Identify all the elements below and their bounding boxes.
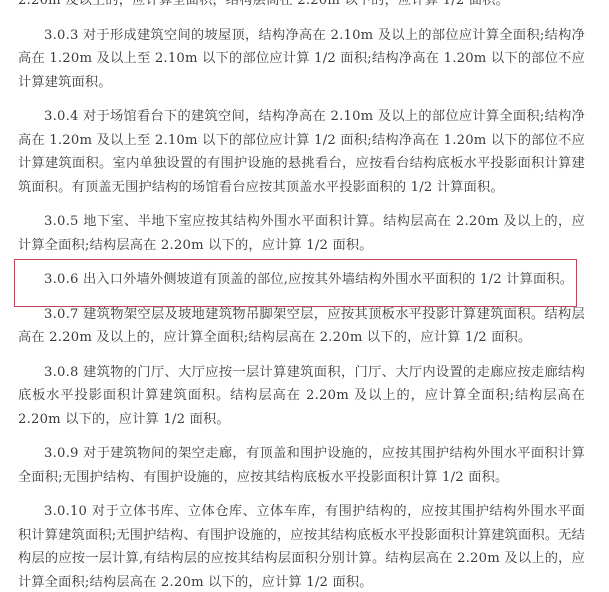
paragraph-3-0-3: 3.0.3 对于形成建筑空间的坡屋顶，结构净高在 2.10m 及以上的部位应计算… [0,24,609,95]
paragraph-3-0-9: 3.0.9 对于建筑物间的架空走廊，有顶盖和围护设施的，应按其围护结构外围水平面… [0,442,609,489]
paragraph-3-0-10: 3.0.10 对于立体书库、立体仓库、立体车库，有围护结构的，应按其围护结构外围… [0,500,609,592]
document-page: 2.20m 及以上的，应计算全面积，结构层高在 2.20m 以下的，应计算 1/… [0,0,609,592]
paragraph-3-0-8: 3.0.8 建筑物的门厅、大厅应按一层计算建筑面积，门厅、大厅内设置的走廊应按走… [0,361,609,432]
paragraph-3-0-7: 3.0.7 建筑物架空层及坡地建筑物吊脚架空层，应按其顶板水平投影计算建筑面积。… [0,303,609,350]
paragraph-3-0-2-tail: 2.20m 及以上的，应计算全面积，结构层高在 2.20m 以下的，应计算 1/… [0,0,609,13]
paragraph-3-0-5: 3.0.5 地下室、半地下室应按其结构外围水平面积计算。结构层高在 2.20m … [0,210,609,257]
paragraph-3-0-6-highlighted: 3.0.6 出入口外墙外侧坡道有顶盖的部位,应按其外墙结构外围水平面积的 1/2… [0,268,609,292]
paragraph-3-0-4: 3.0.4 对于场馆看台下的建筑空间，结构净高在 2.10m 及以上的部位应计算… [0,105,609,199]
